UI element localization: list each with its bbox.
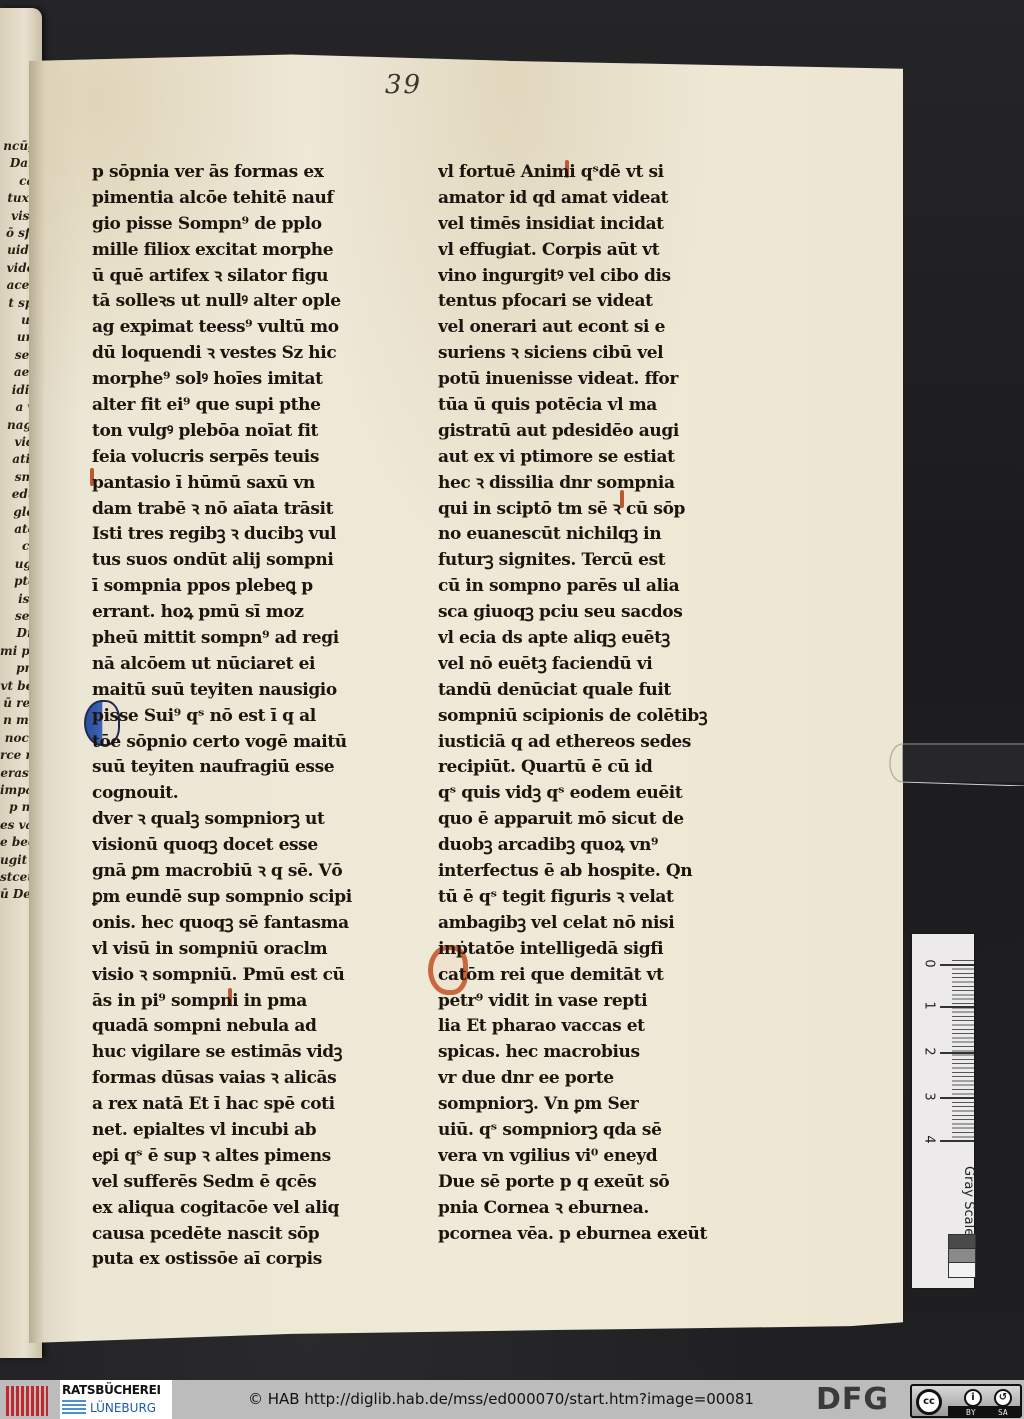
manuscript-line: lia Et pharao vaccas et	[438, 1014, 778, 1040]
manuscript-line: huc vigilare se estimās vidꝫ	[92, 1040, 412, 1066]
manuscript-line: catōm rei que demitāt vt	[438, 963, 778, 989]
manuscript-line: dver ꝛ qualꝫ sompniorꝫ ut	[92, 807, 412, 833]
ruler-digit: 0	[922, 955, 937, 973]
ruler-major-tick	[940, 964, 974, 966]
manuscript-line: Due sē porte p q exeūt sō	[438, 1170, 778, 1196]
manuscript-line: p sōpnia ver ās formas ex	[92, 160, 412, 186]
manuscript-line: iusticiā q ad ethereos sedes	[438, 730, 778, 756]
gray-swatch-light	[948, 1262, 976, 1278]
manuscript-line: sompniū scipionis de colētibꝫ	[438, 704, 778, 730]
page-clip	[884, 740, 1024, 786]
manuscript-line: sompniorꝫ. Vn ꝑm Ser	[438, 1092, 778, 1118]
ruler-major-tick	[940, 1006, 974, 1008]
manuscript-line: formas dūsas vaias ꝛ alicās	[92, 1066, 412, 1092]
manuscript-line: visio ꝛ sompniū. Pmū est cū	[92, 963, 412, 989]
manuscript-line: vera vn vgilius vi⁰ eneyd	[438, 1144, 778, 1170]
ruler-ticks	[952, 960, 974, 1140]
license-by-label: BY	[966, 1408, 976, 1417]
manuscript-line: spicas. hec macrobius	[438, 1040, 778, 1066]
manuscript-line: puta ex ostissōe aī corpis	[92, 1247, 412, 1273]
manuscript-line: vl fortuē Animi qˢdē vt si	[438, 160, 778, 186]
manuscript-line: uiū. qˢ sompniorꝫ qda sē	[438, 1118, 778, 1144]
gray-scale-ruler: 0 1 2 3 4 Gray Scale	[912, 934, 974, 1288]
manuscript-line: vl ecia ds apte aliqꝫ euētꝫ	[438, 626, 778, 652]
ruler-digit: 1	[922, 997, 937, 1015]
manuscript-line: net. epialtes vl incubi ab	[92, 1118, 412, 1144]
ruler-major-tick	[940, 1097, 974, 1099]
license-strip	[948, 1406, 1020, 1416]
manuscript-line: tandū denūciat quale fuit	[438, 678, 778, 704]
manuscript-line: causa pcedēte nascit sōp	[92, 1222, 412, 1248]
ruler-digit: 2	[922, 1043, 937, 1061]
manuscript-line: hec ꝛ dissilia dnr sompnia	[438, 471, 778, 497]
manuscript-line: dū loquendi ꝛ vestes Sz hic	[92, 341, 412, 367]
manuscript-line: pcornea vēa. p eburnea exeūt	[438, 1222, 778, 1248]
manuscript-line: pheū mittit sompn⁹ ad regi	[92, 626, 412, 652]
manuscript-line: vel onerari aut econt si e	[438, 315, 778, 341]
manuscript-line: eꝑi qˢ ē sup ꝛ altes pimens	[92, 1144, 412, 1170]
license-sa-label: SA	[998, 1408, 1008, 1417]
text-column-right: vl fortuē Animi qˢdē vt siamator id qd a…	[438, 160, 778, 1247]
dfg-logo: DFG	[816, 1383, 889, 1417]
manuscript-line: inṗtatōe intelligedā sigfi	[438, 937, 778, 963]
manuscript-line: vr due dnr ee porte	[438, 1066, 778, 1092]
manuscript-line: visionū quoqꝫ docet esse	[92, 833, 412, 859]
folio-number: 39	[385, 70, 422, 100]
manuscript-line: pimentia alcōe tehitē nauf	[92, 186, 412, 212]
manuscript-line: pisse Sui⁹ qˢ nō est ī q al	[92, 704, 412, 730]
library-name: RATSBÜCHEREI	[62, 1383, 161, 1397]
ruler-digit: 4	[922, 1131, 937, 1149]
text-column-left: p sōpnia ver ās formas expimentia alcōe …	[92, 160, 412, 1273]
manuscript-line: qui in sciptō tm sē ꝛ cū sōp	[438, 497, 778, 523]
manuscript-line: ex aliqua cogitacōe vel aliq	[92, 1196, 412, 1222]
manuscript-line: ī sompnia ppos plebeꝗ p	[92, 574, 412, 600]
ruler-digit: 3	[922, 1088, 937, 1106]
manuscript-line: cognouit.	[92, 781, 412, 807]
manuscript-line: ū quē artifex ꝛ silator figu	[92, 264, 412, 290]
manuscript-line: cū in sompno parēs ul alia	[438, 574, 778, 600]
manuscript-line: pnia Cornea ꝛ eburnea.	[438, 1196, 778, 1222]
manuscript-line: suriens ꝛ siciens cibū vel	[438, 341, 778, 367]
manuscript-line: duobꝫ arcadibꝫ quoꝝ vn⁹	[438, 833, 778, 859]
manuscript-line: gnā ꝑm macrobiū ꝛ q sē. Vō	[92, 859, 412, 885]
manuscript-line: feia volucris serpēs teuis	[92, 445, 412, 471]
manuscript-line: recipiūt. Quartū ē cū id	[438, 755, 778, 781]
manuscript-line: Isti tres regibꝫ ꝛ ducibꝫ vul	[92, 522, 412, 548]
manuscript-line: pantasio ī hūmū saxū vn	[92, 471, 412, 497]
manuscript-line: ꝑm eundē sup sompnio scipi	[92, 885, 412, 911]
attribution-footer: RATSBÜCHEREI LÜNEBURG © HAB http://digli…	[0, 1380, 1024, 1419]
hab-logo-icon	[6, 1386, 48, 1416]
manuscript-line: tā solleꝛs ut nullꝰ alter ople	[92, 289, 412, 315]
manuscript-line: suū teyiten naufragiū esse	[92, 755, 412, 781]
manuscript-line: onis. hec quoqꝫ sē fantasma	[92, 911, 412, 937]
manuscript-line: vino ingurgitꝰ vel cibo dis	[438, 264, 778, 290]
manuscript-line: morphe⁹ solꝰ hoīes imitat	[92, 367, 412, 393]
manuscript-line: petr⁹ vidit in vase repti	[438, 989, 778, 1015]
manuscript-line: tentus pfocari se videat	[438, 289, 778, 315]
manuscript-line: futurꝫ signites. Tercū est	[438, 548, 778, 574]
manuscript-line: ās in pi⁹ sompni in pma	[92, 989, 412, 1015]
manuscript-line: interfectus ē ab hospite. Qn	[438, 859, 778, 885]
library-city: LÜNEBURG	[90, 1401, 156, 1415]
open-book-icon	[62, 1400, 86, 1416]
manuscript-line: ag expimat teess⁹ vultū mo	[92, 315, 412, 341]
manuscript-line: ambagibꝫ vel celat nō nisi	[438, 911, 778, 937]
manuscript-line: qˢ quis vidꝫ qˢ eodem euēit	[438, 781, 778, 807]
manuscript-line: quadā sompni nebula ad	[92, 1014, 412, 1040]
manuscript-line: aut ex vi ptimore se estiat	[438, 445, 778, 471]
manuscript-line: gio pisse Sompn⁹ de pplo	[92, 212, 412, 238]
manuscript-line: vel nō euētꝫ faciendū vi	[438, 652, 778, 678]
manuscript-line: tus suos ondūt alij sompni	[92, 548, 412, 574]
manuscript-line: ton vulgꝰ plebōa noīat fit	[92, 419, 412, 445]
manuscript-line: gistratū aut pdesidēo augi	[438, 419, 778, 445]
manuscript-line: vl effugiat. Corpis aūt vt	[438, 238, 778, 264]
ruler-major-tick	[940, 1140, 974, 1142]
manuscript-line: potū inuenisse videat. ffor	[438, 367, 778, 393]
manuscript-line: dam trabē ꝛ nō aīata trāsit	[92, 497, 412, 523]
share-alike-icon: ↺	[994, 1389, 1012, 1407]
library-logo: RATSBÜCHEREI LÜNEBURG	[60, 1380, 172, 1419]
manuscript-line: sca giuoqꝫ pciu seu sacdos	[438, 600, 778, 626]
manuscript-line: no euanescūt nichilqꝫ in	[438, 522, 778, 548]
manuscript-line: tōe sōpnio certo vogē maitū	[92, 730, 412, 756]
manuscript-line: maitū suū teyiten nausigio	[92, 678, 412, 704]
manuscript-line: vel sufferēs Sedm ē qcēs	[92, 1170, 412, 1196]
manuscript-line: alter fit ei⁹ que supi pthe	[92, 393, 412, 419]
manuscript-line: nā alcōem ut nūciaret ei	[92, 652, 412, 678]
manuscript-line: mille filiox excitat morphe	[92, 238, 412, 264]
copyright-link[interactable]: © HAB http://diglib.hab.de/mss/ed000070/…	[248, 1390, 754, 1408]
manuscript-line: errant. hoꝝ pmū sī moz	[92, 600, 412, 626]
manuscript-line: tūa ū quis potēcia vl ma	[438, 393, 778, 419]
gray-scale-label: Gray Scale	[961, 1166, 976, 1236]
cc-license-badge[interactable]: cc i ↺ BY SA	[910, 1384, 1022, 1418]
manuscript-line: quo ē apparuit mō sicut de	[438, 807, 778, 833]
ruler-major-tick	[940, 1052, 974, 1054]
attribution-icon: i	[964, 1389, 982, 1407]
manuscript-line: a rex natā Et ī hac spē coti	[92, 1092, 412, 1118]
manuscript-line: vl visū in sompniū oraclm	[92, 937, 412, 963]
manuscript-line: amator id qd amat videat	[438, 186, 778, 212]
manuscript-line: vel timēs insidiat incidat	[438, 212, 778, 238]
cc-icon: cc	[916, 1389, 942, 1415]
manuscript-line: tū ē qˢ tegit figuris ꝛ velat	[438, 885, 778, 911]
